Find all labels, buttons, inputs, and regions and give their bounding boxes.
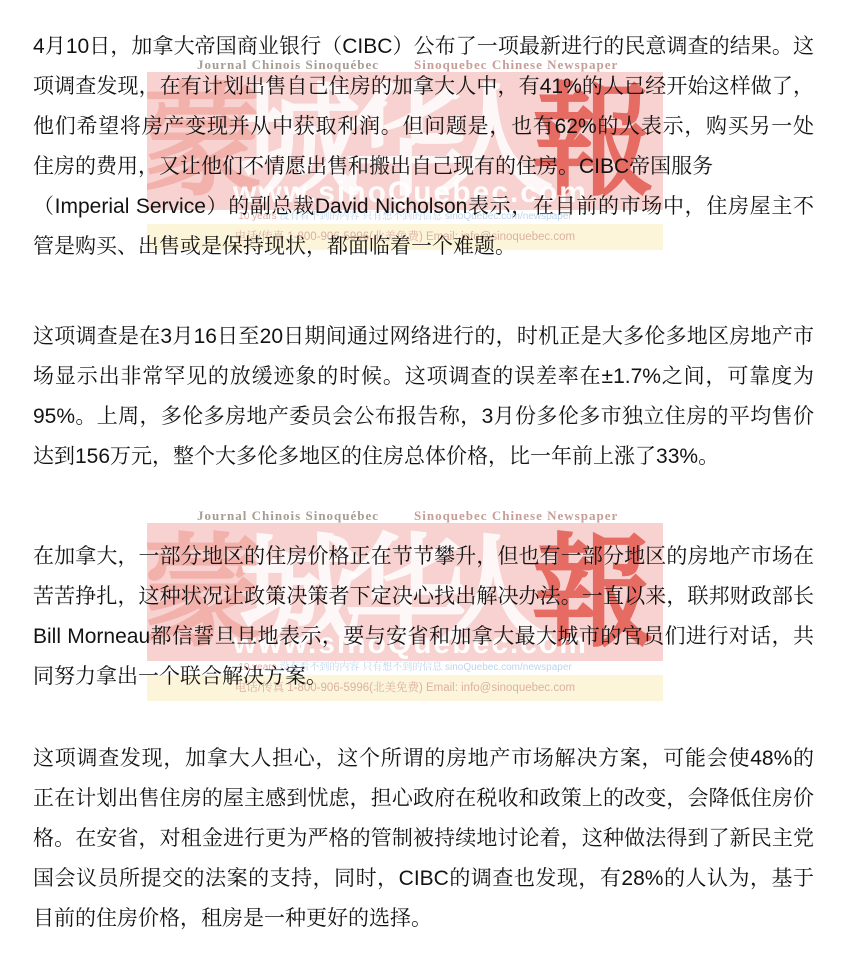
article-line: 这项调查发现，加拿大人担心，这个所谓的房地产市场解决方案，可能会使48%的 — [33, 739, 814, 779]
watermark-journal-right-label: Sinoquebec Chinese Newspaper — [414, 508, 618, 523]
article-page: Journal Chinois Sinoquébec Sinoquebec Ch… — [0, 0, 847, 978]
paragraph: 这项调查是在3月16日至20日期间通过网络进行的，时机正是大多伦多地区房地产市 … — [33, 317, 814, 477]
paragraph: 在加拿大，一部分地区的住房价格正在节节攀升，但也有一部分地区的房地产市场在 苦苦… — [33, 537, 814, 697]
article-line: 95%。上周，多伦多房地产委员会公布报告称，3月份多伦多市独立住房的平均售价 — [33, 397, 814, 437]
paragraph: 这项调查发现，加拿大人担心，这个所谓的房地产市场解决方案，可能会使48%的 正在… — [33, 739, 814, 939]
article-line: 住房的费用，又让他们不情愿出售和搬出自己现有的住房。CIBC帝国服务 — [33, 147, 814, 187]
article-line: 目前的住房价格，租房是一种更好的选择。 — [33, 899, 814, 939]
watermark-journal-left-label: Journal Chinois Sinoquébec — [197, 508, 379, 523]
article-line: 他们希望将房产变现并从中获取利润。但问题是，也有62%的人表示，购买另一处 — [33, 107, 814, 147]
article-line: 国会议员所提交的法案的支持，同时，CIBC的调查也发现，有28%的人认为，基于 — [33, 859, 814, 899]
article-line: 管是购买、出售或是保持现状，都面临着一个难题。 — [33, 227, 814, 267]
article-line: 达到156万元，整个大多伦多地区的住房总体价格，比一年前上涨了33%。 — [33, 437, 814, 477]
article-line: 在加拿大，一部分地区的住房价格正在节节攀升，但也有一部分地区的房地产市场在 — [33, 537, 814, 577]
article-line: （Imperial Service）的副总裁David Nicholson表示，… — [33, 187, 814, 227]
article-line: 项调查发现，在有计划出售自己住房的加拿大人中，有41%的人已经开始这样做了， — [33, 67, 814, 107]
article-line: 正在计划出售住房的屋主感到忧虑，担心政府在税收和政策上的改变，会降低住房价 — [33, 779, 814, 819]
watermark-journal-line: Journal Chinois Sinoquébec Sinoquebec Ch… — [147, 508, 663, 523]
article-line: 这项调查是在3月16日至20日期间通过网络进行的，时机正是大多伦多地区房地产市 — [33, 317, 814, 357]
article-line: 同努力拿出一个联合解决方案。 — [33, 657, 814, 697]
paragraph: 4月10日，加拿大帝国商业银行（CIBC）公布了一项最新进行的民意调查的结果。这… — [33, 27, 814, 267]
article-line: 4月10日，加拿大帝国商业银行（CIBC）公布了一项最新进行的民意调查的结果。这 — [33, 27, 814, 67]
article-line: 苦苦挣扎，这种状况让政策决策者下定决心找出解决办法。一直以来，联邦财政部长 — [33, 577, 814, 617]
article-line: 格。在安省，对租金进行更为严格的管制被持续地讨论着，这种做法得到了新民主党 — [33, 819, 814, 859]
article-line: 场显示出非常罕见的放缓迹象的时候。这项调查的误差率在±1.7%之间，可靠度为 — [33, 357, 814, 397]
article-line: Bill Morneau都信誓旦旦地表示，要与安省和加拿大最大城市的官员们进行对… — [33, 617, 814, 657]
